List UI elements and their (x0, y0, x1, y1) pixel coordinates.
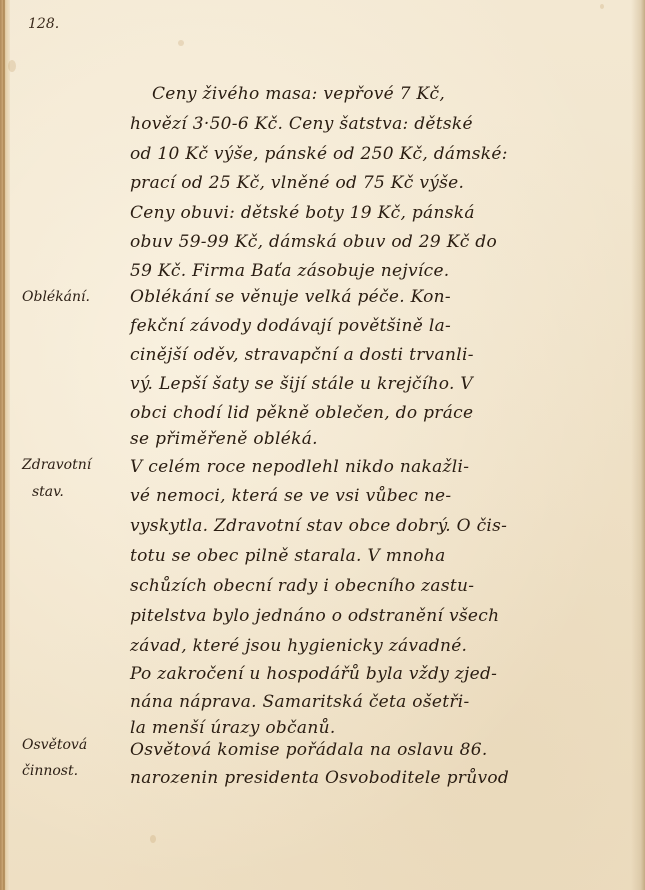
text-line: Po zakročení u hospodářů byla vždy zjed- (130, 664, 610, 684)
text-line: totu se obec pilně starala. V mnoha (130, 546, 610, 566)
margin-note-zdravotni: Zdravotní (22, 454, 122, 476)
text-line: vé nemoci, která se ve vsi vůbec ne- (130, 486, 610, 506)
text-line: obuv 59-99 Kč, dámská obuv od 29 Kč do (130, 232, 610, 252)
text-line: cinější oděv, stravapční a dosti trvanli… (130, 345, 610, 365)
page-number: 128. (28, 16, 59, 32)
margin-note-oblekani: Oblékání. (22, 286, 122, 308)
binding-line (3, 0, 5, 890)
text-line: schůzích obecní rady i obecního zastu- (130, 576, 610, 596)
paper-stain (178, 40, 184, 46)
text-line: se přiměřeně obléká. (130, 429, 610, 449)
chronicle-page: 128. Oblékání. Zdravotní stav. Osvětová … (0, 0, 645, 890)
margin-note-osvetova: Osvětová (22, 734, 122, 756)
text-line: narozenin presidenta Osvoboditele průvod (130, 768, 610, 788)
text-line: prací od 25 Kč, vlněné od 75 Kč výše. (130, 173, 610, 193)
text-line: la menší úrazy občanů. (130, 718, 610, 738)
paper-stain (150, 835, 156, 843)
text-line: hovězí 3·50-6 Kč. Ceny šatstva: dětské (130, 114, 610, 134)
text-line: Osvětová komise pořádala na oslavu 86. (130, 740, 610, 760)
margin-note-cinnost: činnost. (22, 760, 122, 782)
page-right-edge-shadow (631, 0, 645, 890)
text-line: závad, které jsou hygienicky závadné. (130, 636, 610, 656)
text-line: V celém roce nepodlehl nikdo nakažli- (130, 457, 610, 477)
text-line: obci chodí lid pěkně oblečen, do práce (130, 403, 610, 423)
paper-stain (8, 60, 16, 72)
text-line: 59 Kč. Firma Baťa zásobuje nejvíce. (130, 261, 610, 281)
page-binding-edge (0, 0, 10, 890)
paper-stain (600, 4, 604, 9)
text-line: pitelstva bylo jednáno o odstranění všec… (130, 606, 610, 626)
text-line: od 10 Kč výše, pánské od 250 Kč, dámské: (130, 144, 610, 164)
text-line: Ceny živého masa: vepřové 7 Kč, (152, 84, 632, 104)
text-line: fekční závody dodávají povětšině la- (130, 316, 610, 336)
text-line: vyskytla. Zdravotní stav obce dobrý. O č… (130, 516, 610, 536)
text-line: nána náprava. Samaritská četa ošetři- (130, 692, 610, 712)
text-line: Ceny obuvi: dětské boty 19 Kč, pánská (130, 203, 610, 223)
text-line: vý. Lepší šaty se šijí stále u krejčího.… (130, 374, 610, 394)
margin-note-stav: stav. (32, 481, 132, 503)
text-line: Oblékání se věnuje velká péče. Kon- (130, 287, 610, 307)
